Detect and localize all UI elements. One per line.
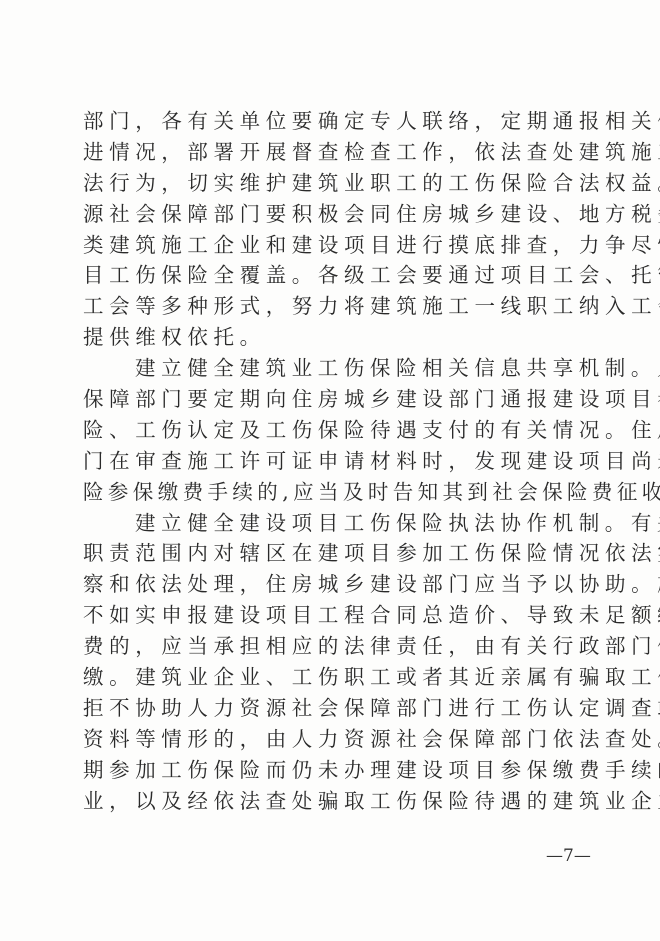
text-line: 业，以及经依法查处骗取工伤保险待遇的建筑业企业，住房城乡 <box>83 786 583 817</box>
text-line: 进情况，部署开展督查检查工作，依法查处建筑施工企业有关违 <box>83 137 583 168</box>
text-line: 费的，应当承担相应的法律责任，由有关行政部门依法查处和追 <box>83 631 583 662</box>
text-line: 部门，各有关单位要确定专人联络，定期通报相关信息，研究推 <box>83 106 583 137</box>
text-line: 险、工伤认定及工伤保险待遇支付的有关情况。住房城乡建设部 <box>83 415 583 446</box>
paragraph-3: 建立健全建设项目工伤保险执法协作机制。有关行政部门在 职责范围内对辖区在建项目参… <box>83 508 583 817</box>
text-line: 工会等多种形式，努力将建筑施工一线职工纳入工会组织，为其 <box>83 291 583 322</box>
text-line: 建立健全建筑业工伤保险相关信息共享机制。人力资源社会 <box>83 353 583 384</box>
text-line: 保障部门要定期向住房城乡建设部门通报建设项目参加工伤保 <box>83 384 583 415</box>
text-line: 不如实申报建设项目工程合同总造价、导致未足额缴纳工伤保险 <box>83 600 583 631</box>
paragraph-1: 部门，各有关单位要确定专人联络，定期通报相关信息，研究推 进情况，部署开展督查检… <box>83 106 583 353</box>
document-page: 部门，各有关单位要确定专人联络，定期通报相关信息，研究推 进情况，部署开展督查检… <box>83 106 583 816</box>
paragraph-2: 建立健全建筑业工伤保险相关信息共享机制。人力资源社会 保障部门要定期向住房城乡建… <box>83 353 583 507</box>
page-number: —7— <box>546 846 591 866</box>
text-line: 资料等情形的，由人力资源社会保障部门依法查处。对经责令限 <box>83 724 583 755</box>
text-line: 源社会保障部门要积极会同住房城乡建设、地方税务等部门对各 <box>83 199 583 230</box>
text-line: 目工伤保险全覆盖。各级工会要通过项目工会、托管工会、联合 <box>83 260 583 291</box>
text-line: 职责范围内对辖区在建项目参加工伤保险情况依法实施检查、监 <box>83 538 583 569</box>
text-line: 法行为，切实维护建筑业职工的工伤保险合法权益。各地人力资 <box>83 168 583 199</box>
text-line: 提供维权依托。 <box>83 322 583 353</box>
text-line: 险参保缴费手续的,应当及时告知其到社会保险费征收机构办理。 <box>83 477 583 508</box>
text-line: 建立健全建设项目工伤保险执法协作机制。有关行政部门在 <box>83 508 583 539</box>
text-line: 拒不协助人力资源社会保障部门进行工伤认定调查或者提供虚假 <box>83 693 583 724</box>
text-line: 期参加工伤保险而仍未办理建设项目参保缴费手续的建筑业企 <box>83 755 583 786</box>
text-line: 缴。建筑业企业、工伤职工或者其近亲属有骗取工伤保险待遇、 <box>83 662 583 693</box>
text-line: 察和依法处理，住房城乡建设部门应当予以协助。施工承包单位 <box>83 569 583 600</box>
text-line: 门在审查施工许可证申请材料时，发现建设项目尚未办理工伤保 <box>83 446 583 477</box>
text-line: 类建筑施工企业和建设项目进行摸底排查，力争尽快实现建设项 <box>83 230 583 261</box>
